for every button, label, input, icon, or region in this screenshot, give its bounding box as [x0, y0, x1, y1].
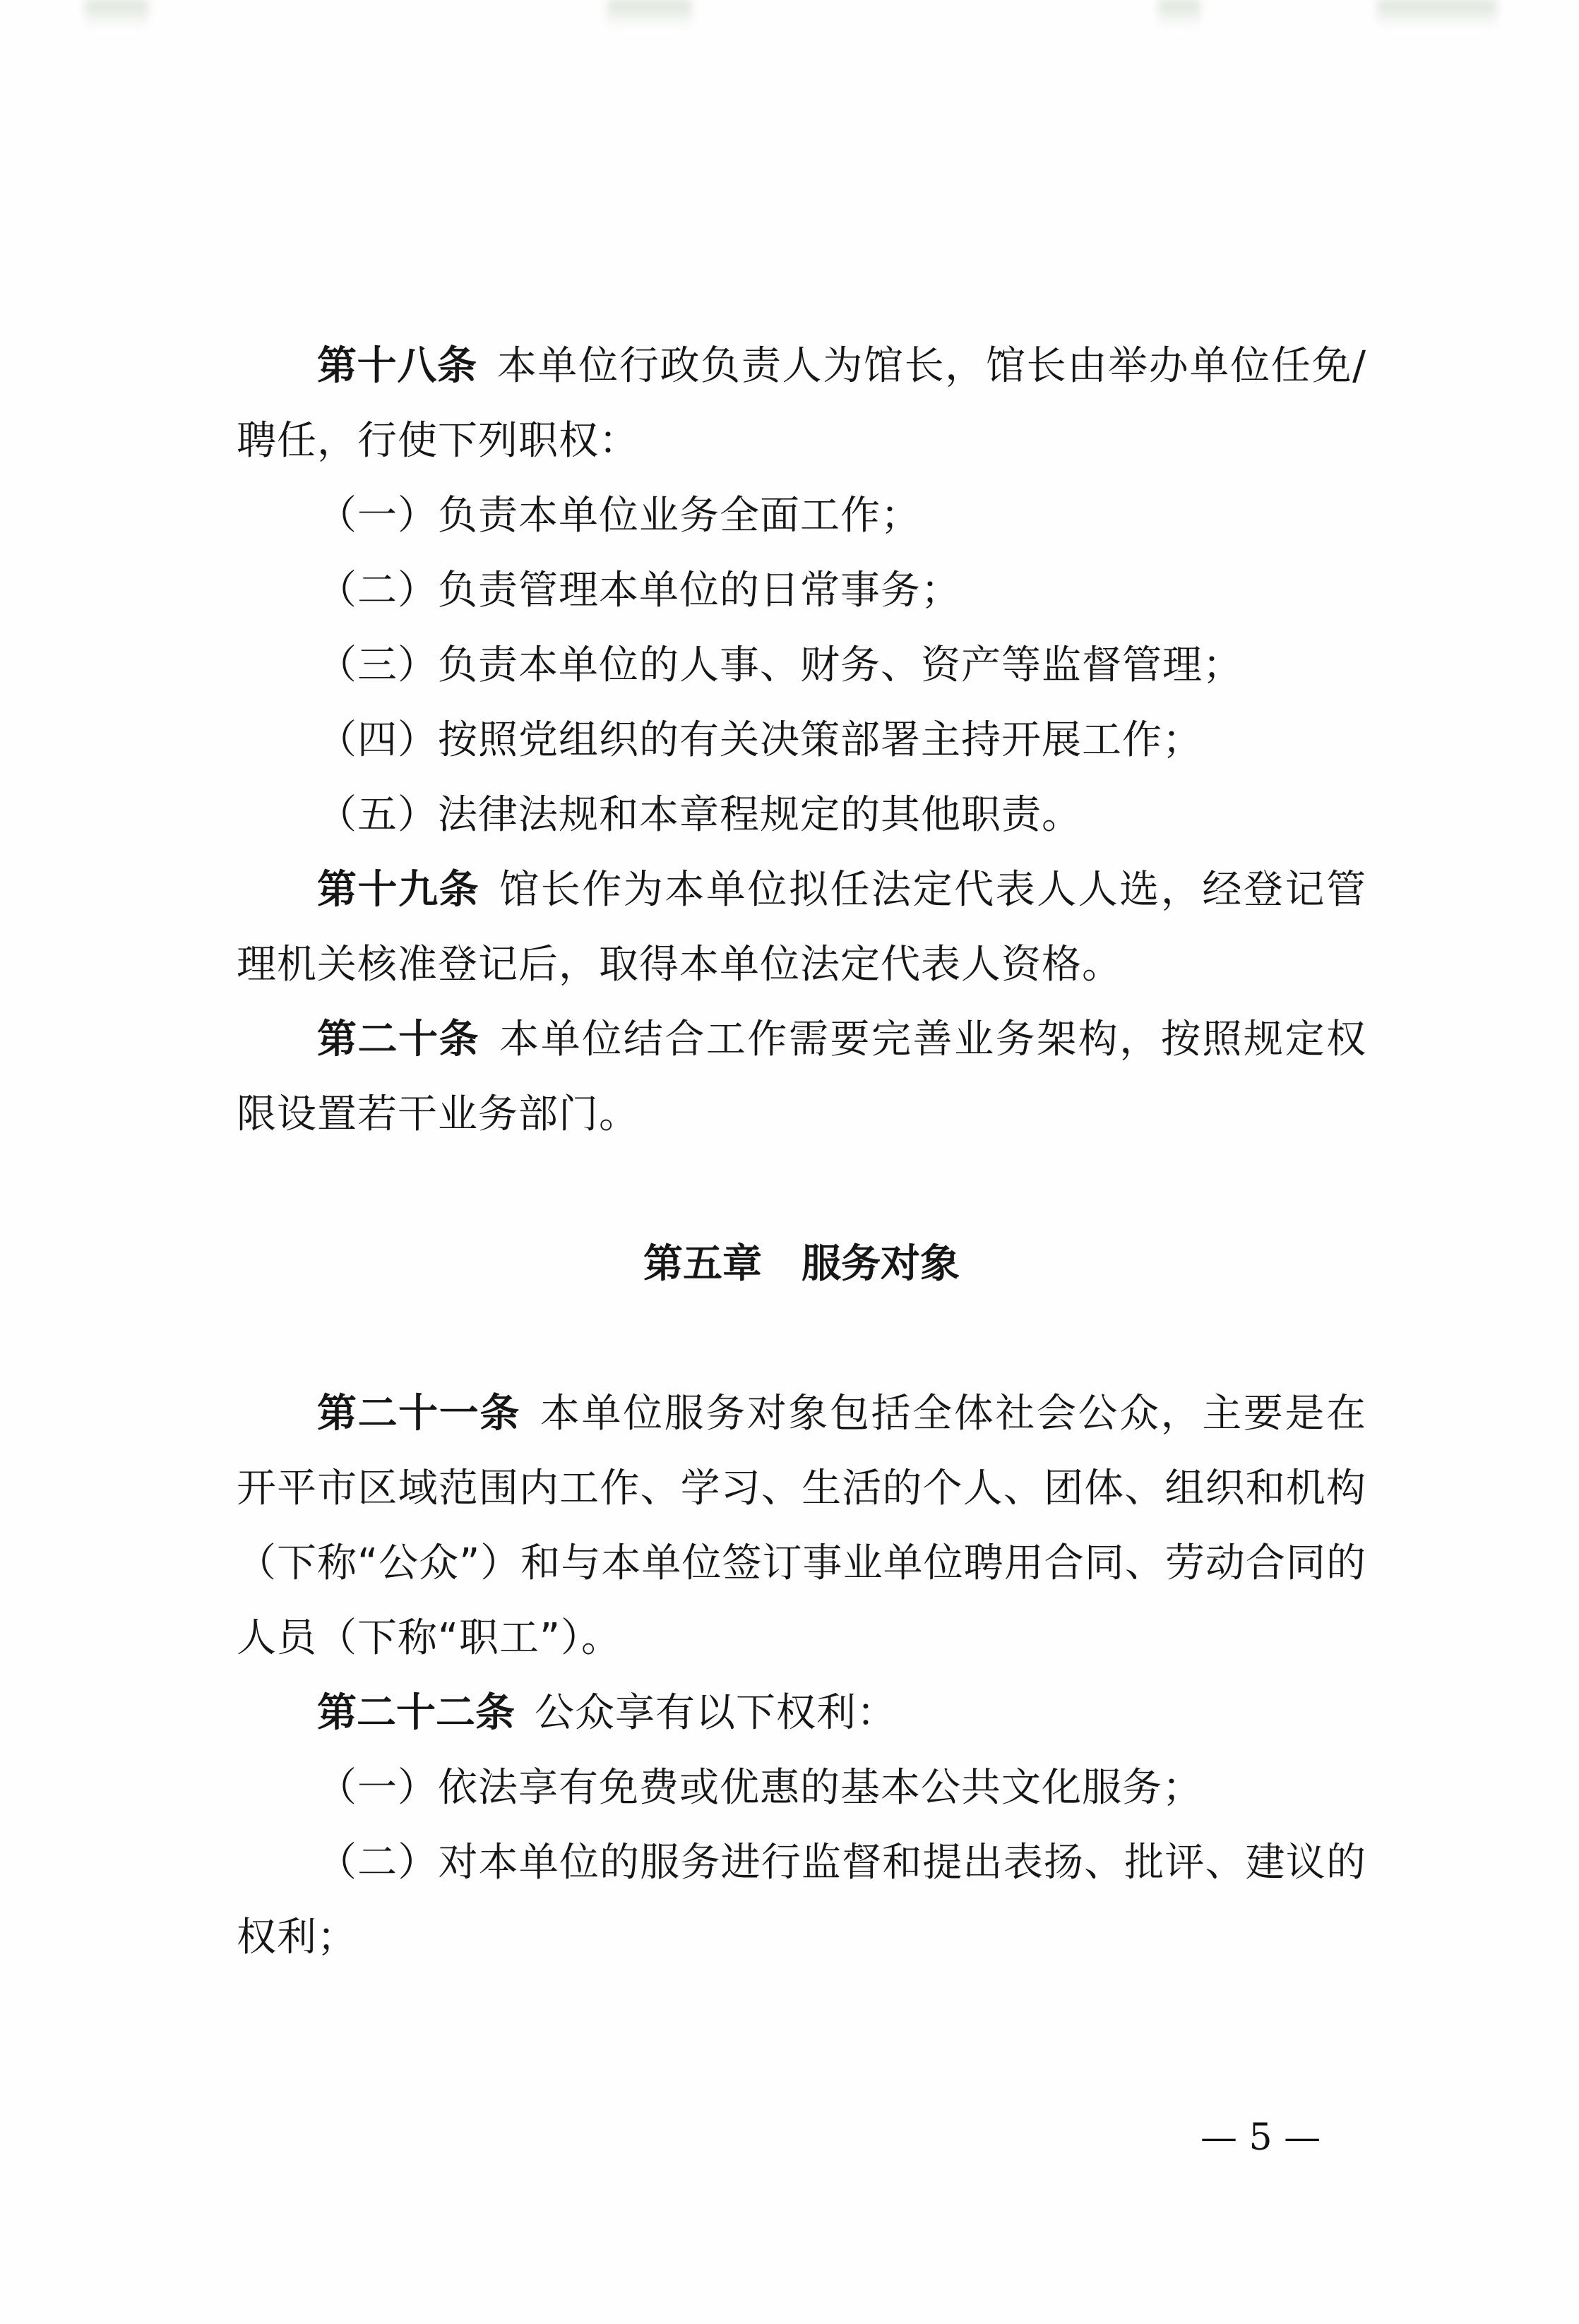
- chapter-number: 第五章: [643, 1241, 762, 1287]
- document-page: 第十八条本单位行政负责人为馆长，馆长由举办单位任免/聘任，行使下列职权： （一）…: [0, 0, 1579, 2324]
- scan-artifact: [85, 0, 148, 28]
- article-22-item-1: （一）依法享有免费或优惠的基本公共文化服务；: [237, 1751, 1366, 1826]
- scan-artifact: [1158, 0, 1200, 28]
- article-18-item-2: （二）负责管理本单位的日常事务；: [237, 553, 1366, 628]
- article-18: 第十八条本单位行政负责人为馆长，馆长由举办单位任免/聘任，行使下列职权：: [237, 329, 1366, 479]
- article-21: 第二十一条本单位服务对象包括全体社会公众，主要是在开平市区域范围内工作、学习、生…: [237, 1377, 1366, 1676]
- chapter-heading: 第五章服务对象: [237, 1227, 1366, 1302]
- article-22-item-2: （二）对本单位的服务进行监督和提出表扬、批评、建议的权利；: [237, 1826, 1366, 1975]
- article-label: 第二十条: [317, 1017, 479, 1062]
- chapter-title: 服务对象: [802, 1241, 960, 1287]
- article-20: 第二十条本单位结合工作需要完善业务架构，按照规定权限设置若干业务部门。: [237, 1002, 1366, 1152]
- article-18-item-1: （一）负责本单位业务全面工作；: [237, 479, 1366, 553]
- article-22: 第二十二条公众享有以下权利：: [237, 1676, 1366, 1751]
- article-18-item-3: （三）负责本单位的人事、财务、资产等监督管理；: [237, 628, 1366, 703]
- page-number: — 5 —: [1200, 2116, 1321, 2159]
- scan-artifact: [607, 0, 692, 28]
- scan-artifact: [1377, 0, 1497, 28]
- document-body: 第十八条本单位行政负责人为馆长，馆长由举办单位任免/聘任，行使下列职权： （一）…: [237, 329, 1366, 1975]
- article-text: 公众享有以下权利：: [535, 1690, 897, 1736]
- article-18-item-4: （四）按照党组织的有关决策部署主持开展工作；: [237, 703, 1366, 778]
- article-19: 第十九条馆长作为本单位拟任法定代表人人选，经登记管理机关核准登记后，取得本单位法…: [237, 853, 1366, 1002]
- article-label: 第十九条: [317, 867, 479, 913]
- article-label: 第二十一条: [317, 1391, 520, 1437]
- article-18-item-5: （五）法律法规和本章程规定的其他职责。: [237, 778, 1366, 853]
- article-label: 第二十二条: [317, 1690, 515, 1736]
- spacer: [237, 1302, 1366, 1377]
- spacer: [237, 1152, 1366, 1227]
- article-label: 第十八条: [317, 343, 477, 389]
